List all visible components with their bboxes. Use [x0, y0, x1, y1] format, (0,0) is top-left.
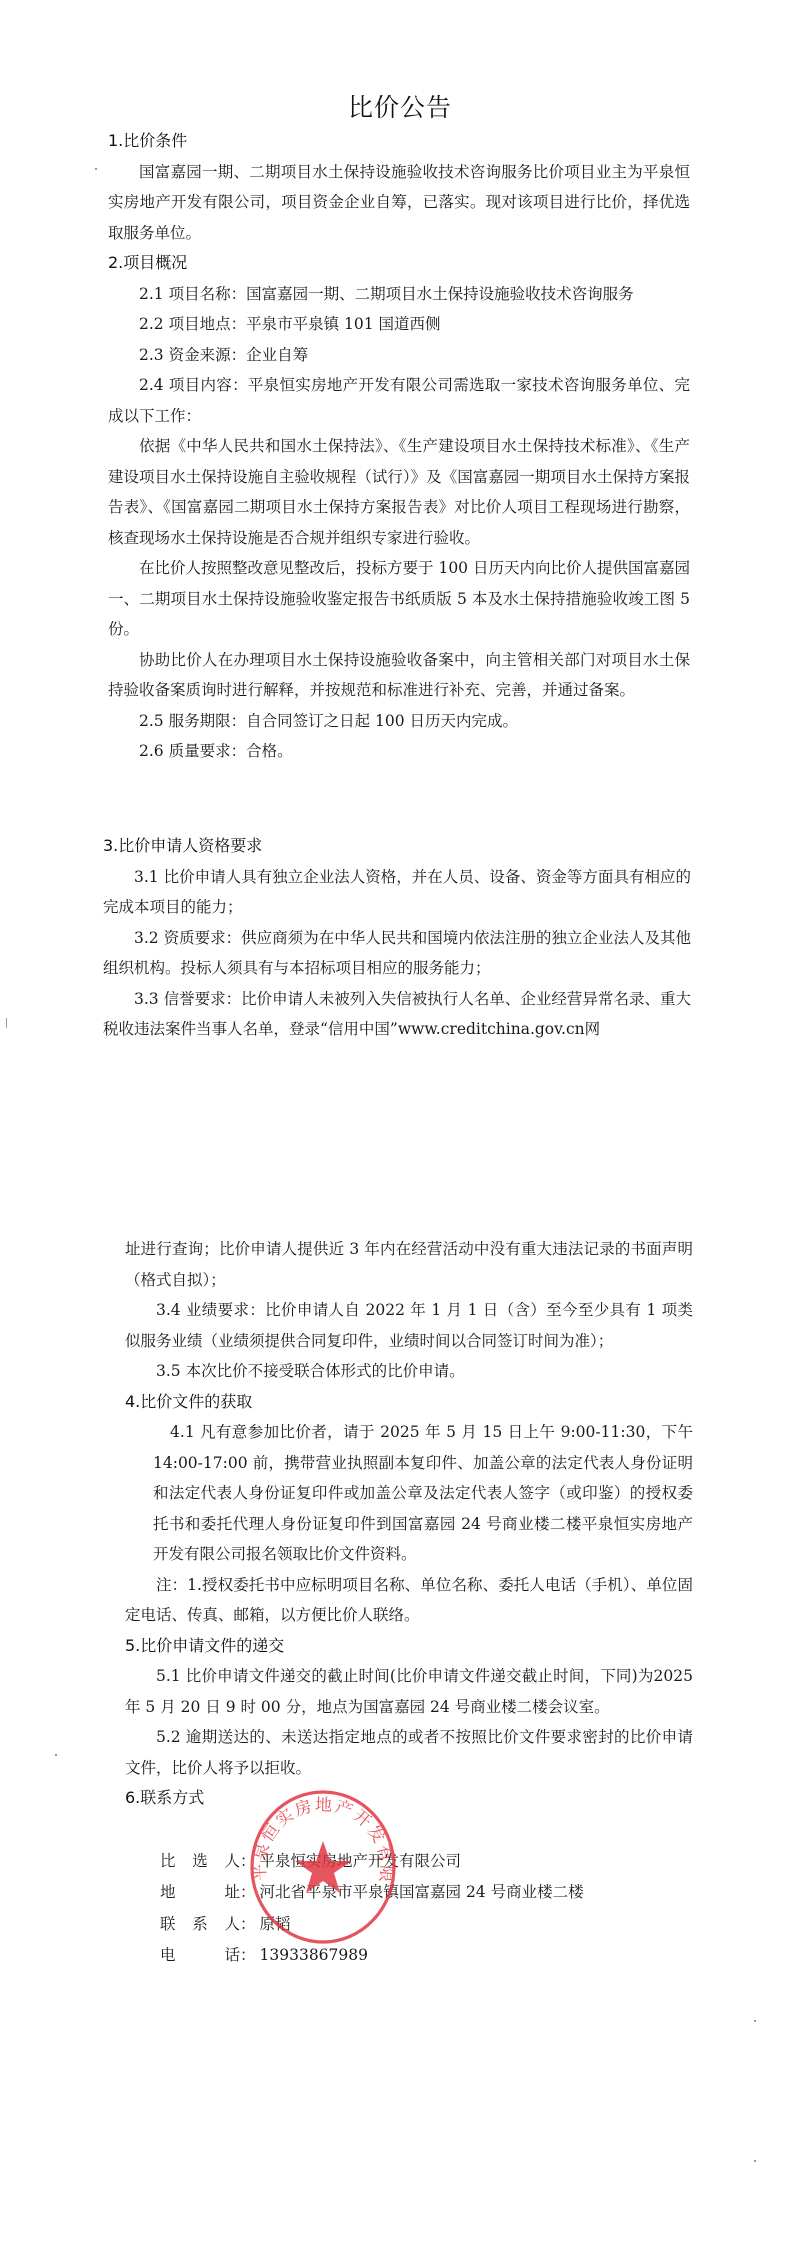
sections-3-5-continued: 址进行查询；比价申请人提供近 3 年内在经营活动中没有重大违法记录的书面声明（格…	[125, 1234, 693, 1814]
contact-value-phone: 13933867989	[260, 1940, 368, 1970]
item-2-6: 2.6 质量要求：合格。	[108, 736, 690, 767]
contact-label: 地址	[160, 1877, 240, 1907]
item-5-2: 5.2 逾期送达的、未送达指定地点的或者不按照比价文件要求密封的比价申请文件，比…	[125, 1722, 693, 1783]
item-3-3-part-1: 3.3 信誉要求：比价申请人未被列入失信被执行人名单、企业经营异常名录、重大税收…	[103, 984, 691, 1045]
contact-row-comparer: 比选人 ： 平泉恒实房地产开发有限公司	[160, 1845, 584, 1877]
contact-value-address: 河北省平泉市平泉镇国富嘉园 24 号商业楼二楼	[260, 1877, 584, 1907]
contact-value-company: 平泉恒实房地产开发有限公司	[260, 1846, 462, 1876]
paragraph-assist: 协助比价人在办理项目水土保持设施验收备案中，向主管相关部门对项目水土保持验收备案…	[108, 645, 690, 706]
paragraph-basis: 依据《中华人民共和国水土保持法》、《生产建设项目水土保持技术标准》、《生产建设项…	[108, 431, 690, 553]
item-3-3-part-2: 址进行查询；比价申请人提供近 3 年内在经营活动中没有重大违法记录的书面声明（格…	[125, 1234, 693, 1295]
item-2-5: 2.5 服务期限：自合同签订之日起 100 日历天内完成。	[108, 706, 690, 737]
contact-row-person: 联系人 ： 原韬	[160, 1908, 584, 1940]
contact-list: 比选人 ： 平泉恒实房地产开发有限公司 地址 ： 河北省平泉市平泉镇国富嘉园 2…	[160, 1845, 584, 1971]
item-2-3: 2.3 资金来源：企业自筹	[108, 340, 690, 371]
contact-label: 联系人	[160, 1909, 240, 1939]
item-3-5: 3.5 本次比价不接受联合体形式的比价申请。	[125, 1356, 693, 1387]
item-4-1: 4.1 凡有意参加比价者，请于 2025 年 5 月 15 日上午 9:00-1…	[125, 1417, 693, 1570]
item-3-1: 3.1 比价申请人具有独立企业法人资格，并在人员、设备、资金等方面具有相应的完成…	[103, 862, 691, 923]
contact-label: 比选人	[160, 1846, 240, 1876]
note-4: 注：1.授权委托书中应标明项目名称、单位名称、委托人电话（手机）、单位固定电话、…	[125, 1570, 693, 1631]
section-1-paragraph: 国富嘉园一期、二期项目水土保持设施验收技术咨询服务比价项目业主为平泉恒实房地产开…	[108, 157, 690, 249]
sections-1-2: 1.比价条件 国富嘉园一期、二期项目水土保持设施验收技术咨询服务比价项目业主为平…	[108, 126, 690, 767]
item-3-2: 3.2 资质要求：供应商须为在中华人民共和国境内依法注册的独立企业法人及其他组织…	[103, 923, 691, 984]
item-3-4: 3.4 业绩要求：比价申请人自 2022 年 1 月 1 日（含）至今至少具有 …	[125, 1295, 693, 1356]
contact-label: 电话	[160, 1940, 240, 1970]
contact-value-person: 原韬	[260, 1909, 291, 1939]
contact-row-address: 地址 ： 河北省平泉市平泉镇国富嘉园 24 号商业楼二楼	[160, 1877, 584, 1909]
item-2-1: 2.1 项目名称：国富嘉园一期、二期项目水土保持设施验收技术咨询服务	[108, 279, 690, 310]
item-2-2: 2.2 项目地点：平泉市平泉镇 101 国道西侧	[108, 309, 690, 340]
paragraph-deliverables: 在比价人按照整改意见整改后，投标方要于 100 日历天内向比价人提供国富嘉园一、…	[108, 553, 690, 645]
section-5-heading: 5.比价申请文件的递交	[125, 1631, 693, 1662]
section-3-heading: 3.比价申请人资格要求	[103, 831, 691, 862]
item-2-4: 2.4 项目内容：平泉恒实房地产开发有限公司需选取一家技术咨询服务单位、完成以下…	[108, 370, 690, 431]
section-6-heading: 6.联系方式	[125, 1783, 693, 1814]
section-3-part-1: 3.比价申请人资格要求 3.1 比价申请人具有独立企业法人资格，并在人员、设备、…	[103, 831, 691, 1045]
section-2-heading: 2.项目概况	[108, 248, 690, 279]
document-title: 比价公告	[0, 88, 800, 124]
item-5-1: 5.1 比价申请文件递交的截止时间(比价申请文件递交截止时间，下同)为2025 …	[125, 1661, 693, 1722]
section-4-heading: 4.比价文件的获取	[125, 1387, 693, 1418]
contact-row-phone: 电话 ： 13933867989	[160, 1940, 584, 1972]
section-1-heading: 1.比价条件	[108, 126, 690, 157]
